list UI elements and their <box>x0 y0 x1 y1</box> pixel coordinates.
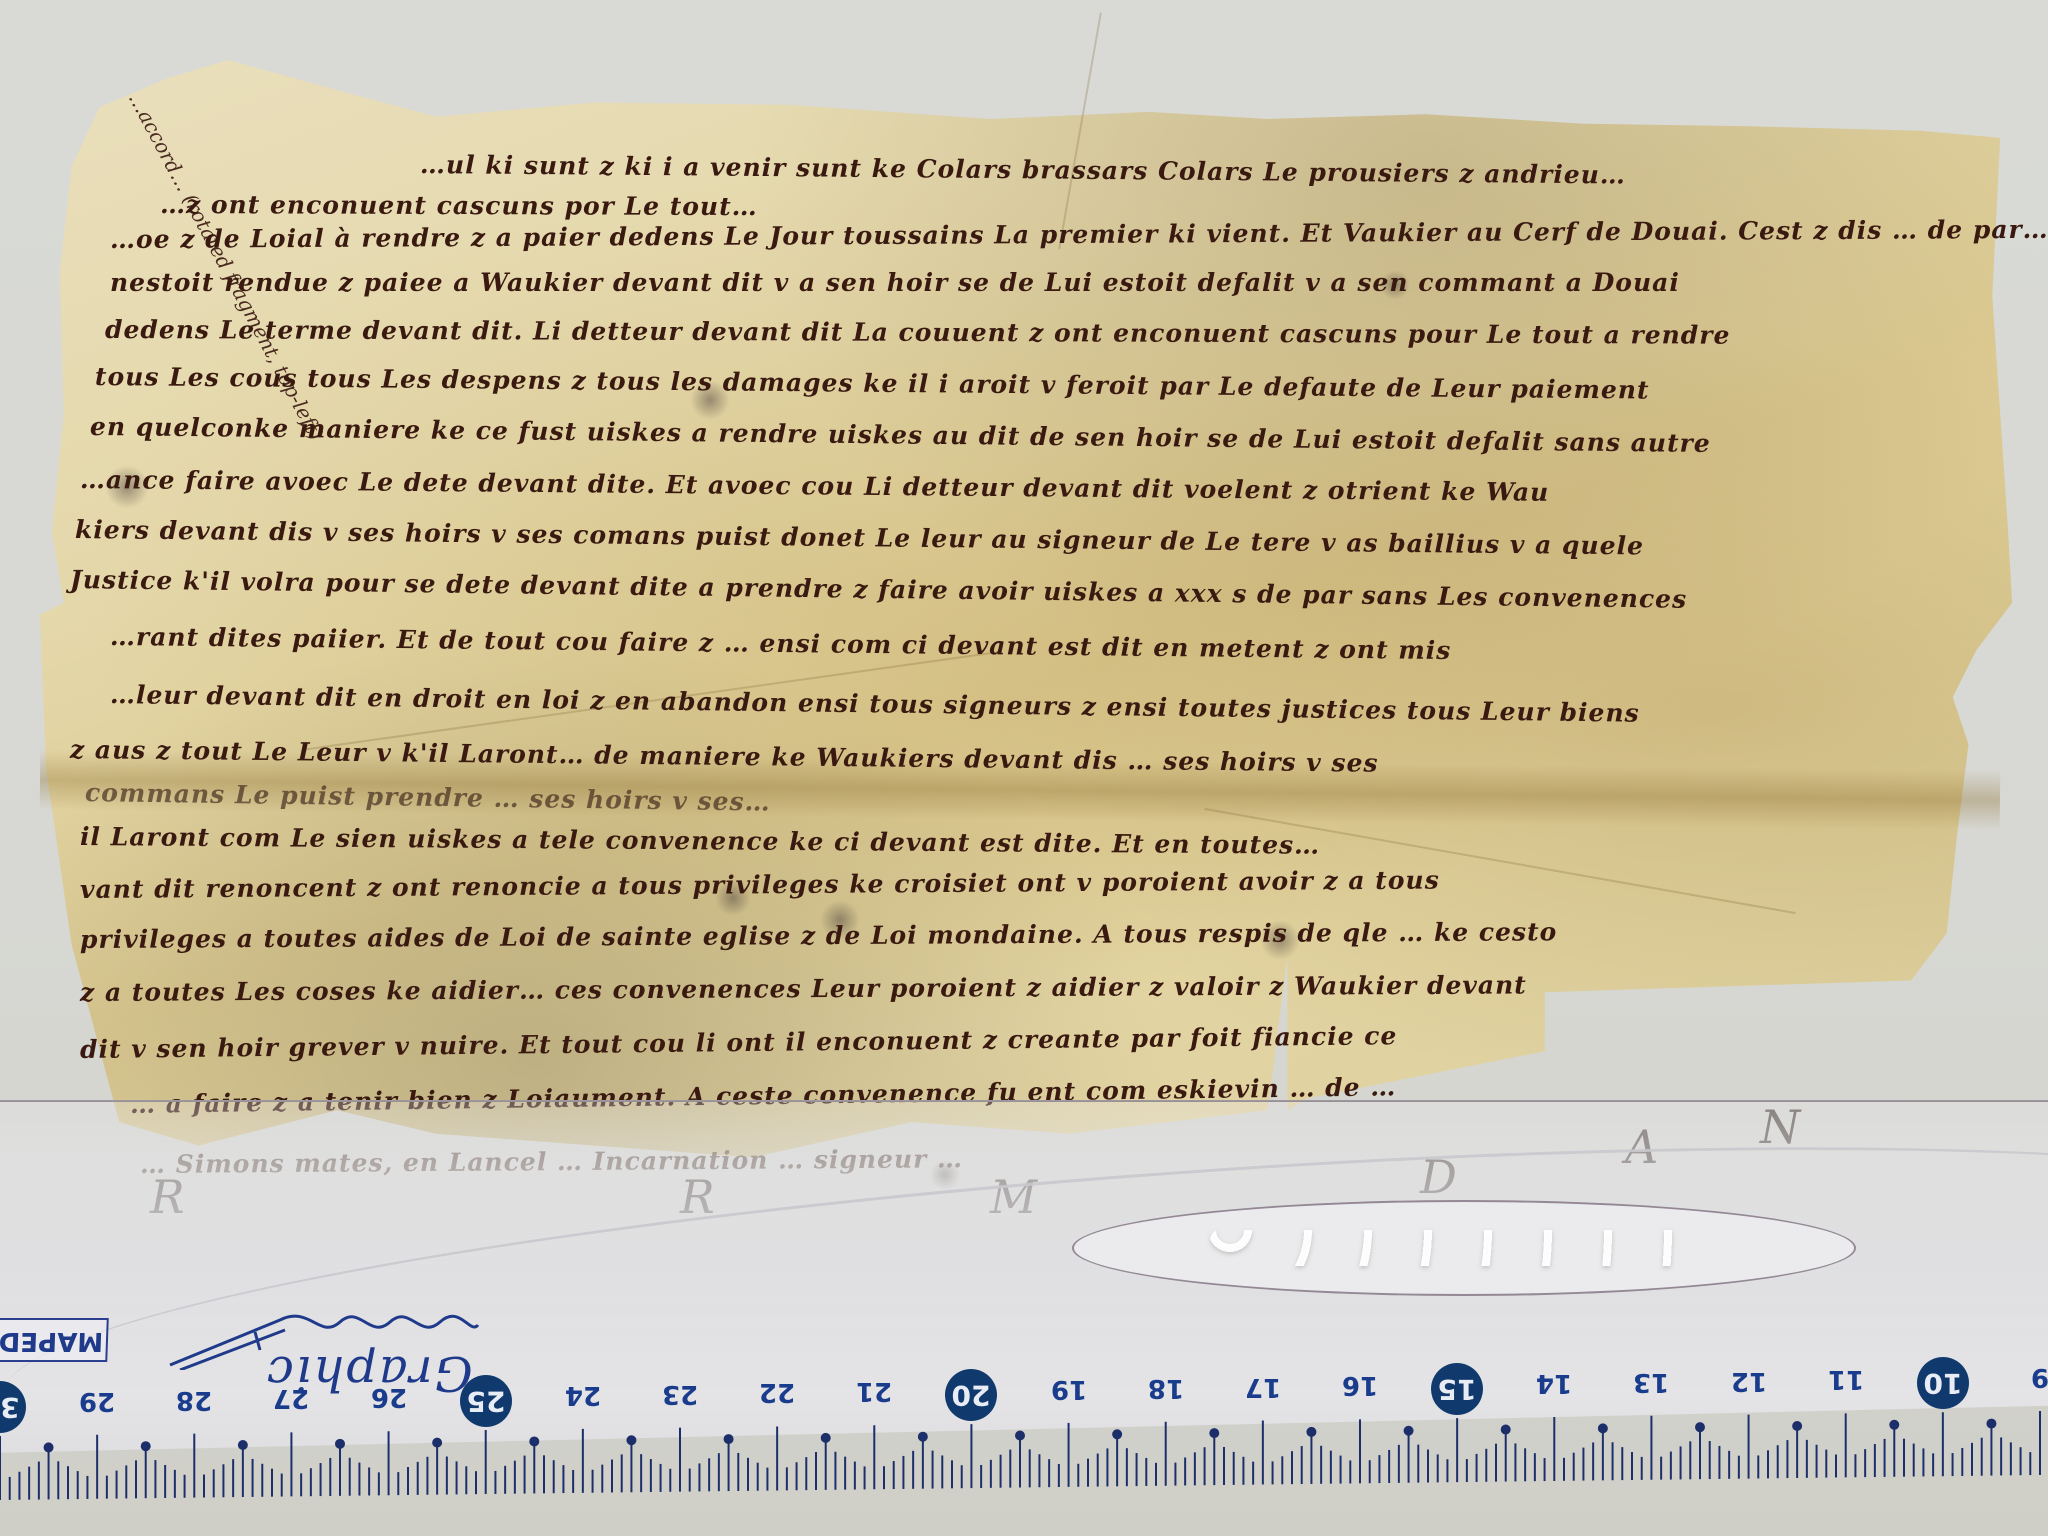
text-line: Justice k'il volra pour se dete devant d… <box>70 565 1687 614</box>
text-line: privileges a toutes aides de Loi de sain… <box>80 917 1557 954</box>
text-line: …ance faire avoec Le dete devant dite. E… <box>80 465 1550 507</box>
text-line: …z ont enconuent cascuns por Le tout… <box>160 190 758 221</box>
text-line: commans Le puist prendre … ses hoirs v s… <box>85 778 771 817</box>
product-name: Graphic <box>265 1345 473 1401</box>
ruler-tick-marks <box>0 1400 2048 1510</box>
text-line: …leur devant dit en droit en loi z en ab… <box>110 680 1640 728</box>
text-line: tous Les cous tous Les despens z tous le… <box>95 362 1650 405</box>
ruler-edge <box>0 1100 2048 1101</box>
text-line: kiers devant dis v ses hoirs v ses coman… <box>75 515 1644 560</box>
text-line: z a toutes Les coses ke aidier… ces conv… <box>80 970 1527 1007</box>
wave-cutout <box>1210 1230 1690 1266</box>
text-line: …ul ki sunt z ki i a venir sunt ke Colar… <box>420 150 1626 190</box>
maped-logo: MAPED <box>0 1318 109 1362</box>
text-line: vant dit renoncent z ont renoncie a tous… <box>80 866 1440 904</box>
text-line: z aus z tout Le Leur v k'il Laront… de m… <box>70 735 1379 778</box>
text-line: …oe z de Loial à rendre z a paier dedens… <box>110 215 2048 254</box>
text-line: en quelconke maniere ke ce fust uiskes a… <box>90 412 1711 458</box>
text-line: il Laront com Le sien uiskes a tele conv… <box>80 822 1320 860</box>
text-line: dit v sen hoir grever v nuire. Et tout c… <box>80 1021 1398 1064</box>
text-line: dedens Le terme devant dit. Li detteur d… <box>105 315 1730 350</box>
text-line: …rant dites paiier. Et de tout cou faire… <box>110 622 1452 665</box>
photo-scene: …accord… (rotated fragment, top-left) …u… <box>0 0 2048 1536</box>
text-line: nestoit rendue z paiee a Waukier devant … <box>110 268 1680 297</box>
